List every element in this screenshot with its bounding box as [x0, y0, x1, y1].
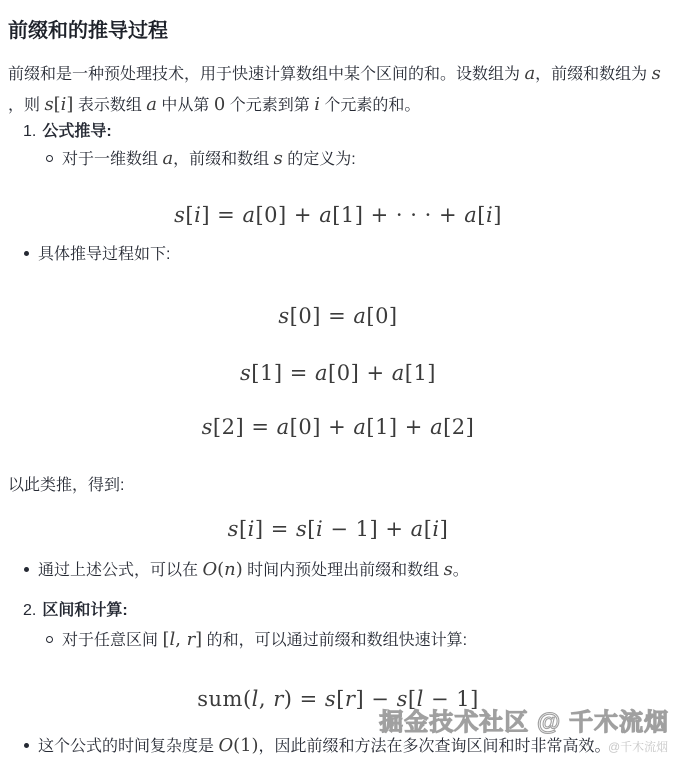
intro-paragraph-line-2: ，则 s[i] 表示数组 a 中从第 0 个元素到第 i 个元素的和。 [8, 94, 420, 117]
bullet-query-time: 这个公式的时间复杂度是 O(1)，因此前缀和方法在多次查询区间和时非常高效。 [24, 734, 611, 758]
watermark-author: @千木流烟 [608, 739, 668, 755]
disc-bullet-icon [24, 567, 29, 572]
formula-definition: s[i] = a[0] + a[1] + · · · + a[i] [0, 200, 676, 230]
disc-bullet-icon [24, 251, 29, 256]
formula-recurrence: s[i] = s[i − 1] + a[i] [0, 514, 676, 544]
article-page: 前缀和的推导过程 前缀和是一种预处理技术，用于快速计算数组中某个区间的和。设数组… [0, 0, 676, 758]
page-title: 前缀和的推导过程 [8, 18, 168, 44]
formula-s1: s[1] = a[0] + a[1] [0, 358, 676, 388]
sub-item-definition-text: 对于一维数组 a，前缀和数组 s 的定义为: [62, 151, 356, 168]
ordered-item-2-label: 区间和计算: [42, 602, 127, 619]
circle-bullet-icon [46, 636, 53, 643]
sub-item-range-sum-text: 对于任意区间 [l, r] 的和，可以通过前缀和数组快速计算: [62, 632, 467, 649]
ordered-item-1-number: 1. [23, 123, 36, 140]
disc-bullet-icon [24, 743, 29, 748]
intro-paragraph-line-1: 前缀和是一种预处理技术，用于快速计算数组中某个区间的和。设数组为 a，前缀和数组… [8, 63, 661, 86]
ordered-item-1: 1.公式推导: [23, 121, 112, 143]
watermark-juejin-community: 掘金技术社区 @ 千木流烟 [379, 709, 669, 737]
ordered-item-2-number: 2. [23, 602, 36, 619]
sub-item-range-sum: 对于任意区间 [l, r] 的和，可以通过前缀和数组快速计算: [46, 629, 467, 652]
circle-bullet-icon [46, 155, 53, 162]
ordered-item-2: 2.区间和计算: [23, 600, 128, 622]
analogy-text: 以此类推，得到: [8, 475, 124, 497]
bullet-preprocess-time: 通过上述公式，可以在 O(n) 时间内预处理出前缀和数组 s。 [24, 558, 469, 583]
formula-s0: s[0] = a[0] [0, 301, 676, 331]
bullet-derivation-text: 具体推导过程如下: [38, 246, 170, 263]
formula-s2: s[2] = a[0] + a[1] + a[2] [0, 412, 676, 442]
ordered-item-1-label: 公式推导: [42, 123, 111, 140]
bullet-preprocess-time-text: 通过上述公式，可以在 O(n) 时间内预处理出前缀和数组 s。 [38, 562, 469, 579]
bullet-derivation: 具体推导过程如下: [24, 243, 170, 267]
sub-item-definition: 对于一维数组 a，前缀和数组 s 的定义为: [46, 148, 356, 171]
bullet-query-time-text: 这个公式的时间复杂度是 O(1)，因此前缀和方法在多次查询区间和时非常高效。 [38, 738, 611, 755]
